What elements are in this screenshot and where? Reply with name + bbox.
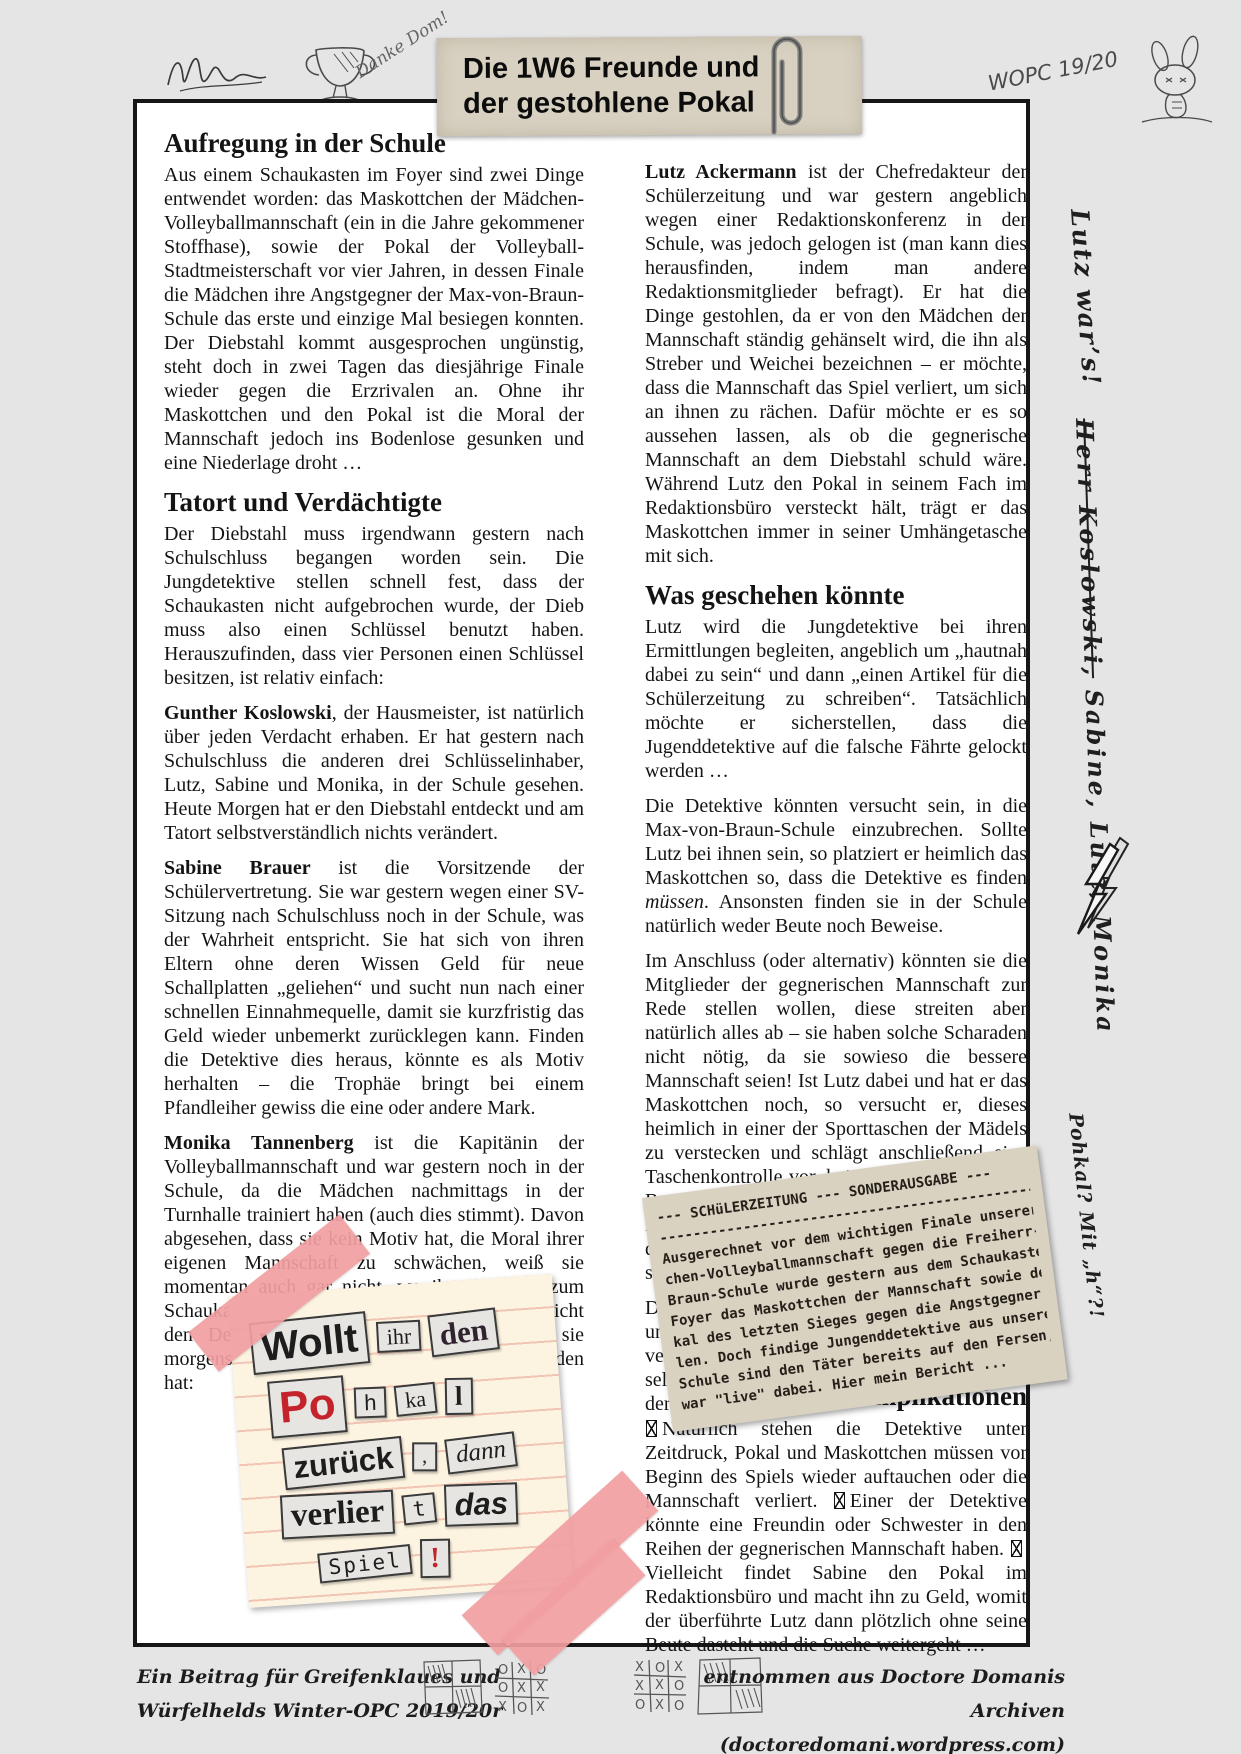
ransom-word: Po xyxy=(267,1375,348,1438)
ransom-word: , xyxy=(412,1442,437,1471)
ransom-word: h xyxy=(354,1386,387,1418)
notdef-box-icon xyxy=(646,1420,657,1437)
svg-text:O: O xyxy=(498,1681,508,1696)
suspect-name: Lutz Ackermann xyxy=(645,161,797,183)
struck-name: Herr Koslowski, xyxy=(1070,418,1108,679)
komplikationen-paragraph: Natürlich stehen die Detektive unter Zei… xyxy=(645,1417,1027,1657)
ransom-word: verlier xyxy=(280,1490,396,1540)
svg-text:O: O xyxy=(517,1701,527,1716)
wopc-handwriting: WOPC 19/20 xyxy=(986,47,1120,96)
svg-text:X: X xyxy=(635,1660,644,1675)
column-left: Aufregung in der Schule Aus einem Schauk… xyxy=(164,125,584,1406)
margin-note-lutz: Lutz war’s! xyxy=(1065,208,1106,387)
svg-text:O: O xyxy=(674,1699,684,1714)
svg-text:X: X xyxy=(517,1681,526,1696)
paragraph: Der Diebstahl muss irgendwann gestern na… xyxy=(164,522,584,690)
svg-text:O: O xyxy=(655,1661,665,1676)
tic-tac-toe-doodle: X O X X X O O X O xyxy=(630,1656,690,1716)
notdef-box-icon xyxy=(1011,1540,1022,1557)
paperclip-icon xyxy=(748,26,806,146)
svg-text:O: O xyxy=(674,1679,684,1694)
ransom-word: ! xyxy=(420,1539,450,1579)
document-page: Danke Dom! WOPC 19/20 Die 1W6 Freunde un… xyxy=(0,0,1241,1754)
scribble-grid-doodle xyxy=(420,1656,486,1718)
margin-note-suspects: Herr Koslowski, Sabine, Lutz, Monika xyxy=(1070,418,1120,1035)
suspect-brauer: Sabine Brauer ist die Vorsitzende der Sc… xyxy=(164,856,584,1120)
footer-credit-right: entnommen aus Doctore Domanis Archiven (… xyxy=(690,1660,1065,1754)
svg-text:X: X xyxy=(498,1700,507,1715)
suspect-text: ist der Chefredakteur der Schülerzeitung… xyxy=(645,161,1027,567)
svg-text:X: X xyxy=(655,1698,664,1713)
paragraph: Lutz wird die Jungdetektive bei ihren Er… xyxy=(645,615,1027,783)
svg-text:X: X xyxy=(655,1678,664,1693)
svg-text:X: X xyxy=(635,1679,644,1694)
svg-text:O: O xyxy=(635,1698,645,1713)
ransom-word: l xyxy=(445,1377,473,1415)
svg-text:X: X xyxy=(536,1700,545,1715)
ransom-word: ihr xyxy=(376,1320,422,1354)
ransom-word: das xyxy=(444,1483,519,1527)
suspect-name: Monika Tannenberg xyxy=(164,1132,354,1154)
heading-was-geschehen: Was geschehen könnte xyxy=(645,579,1027,611)
paragraph: Die Detektive könnten versucht sein, in … xyxy=(645,794,1027,938)
svg-text:X: X xyxy=(536,1680,545,1695)
ransom-word: ka xyxy=(394,1381,438,1416)
suspect-ackermann: Lutz Ackermann ist der Chefredakteur der… xyxy=(645,160,1027,568)
svg-text:O: O xyxy=(498,1663,508,1678)
ransom-word: den xyxy=(428,1307,501,1357)
heading-tatort: Tatort und Verdächtigte xyxy=(164,486,584,518)
ransom-word: t xyxy=(402,1492,438,1525)
svg-text:X: X xyxy=(674,1660,683,1675)
suspect-name: Gunther Koslowski xyxy=(164,702,332,724)
suspect-text: ist die Vorsitzende der Schülervertretun… xyxy=(164,857,584,1119)
margin-note-pohkal: Pohkal? Mit „h“?! xyxy=(1064,1112,1107,1320)
suspect-name: Sabine Brauer xyxy=(164,857,311,879)
notdef-box-icon xyxy=(834,1492,845,1509)
ransom-word: dann xyxy=(444,1431,518,1474)
ransom-word: zurück xyxy=(282,1435,406,1489)
signature-doodle xyxy=(160,40,300,100)
suspect-koslowski: Gunther Koslowski, der Hausmeister, ist … xyxy=(164,701,584,845)
ransom-word: Spiel xyxy=(317,1544,413,1584)
rabbit-doodle xyxy=(1128,38,1220,134)
lightning-doodle xyxy=(1066,836,1144,942)
paragraph: Aus einem Schaukasten im Foyer sind zwei… xyxy=(164,163,584,475)
